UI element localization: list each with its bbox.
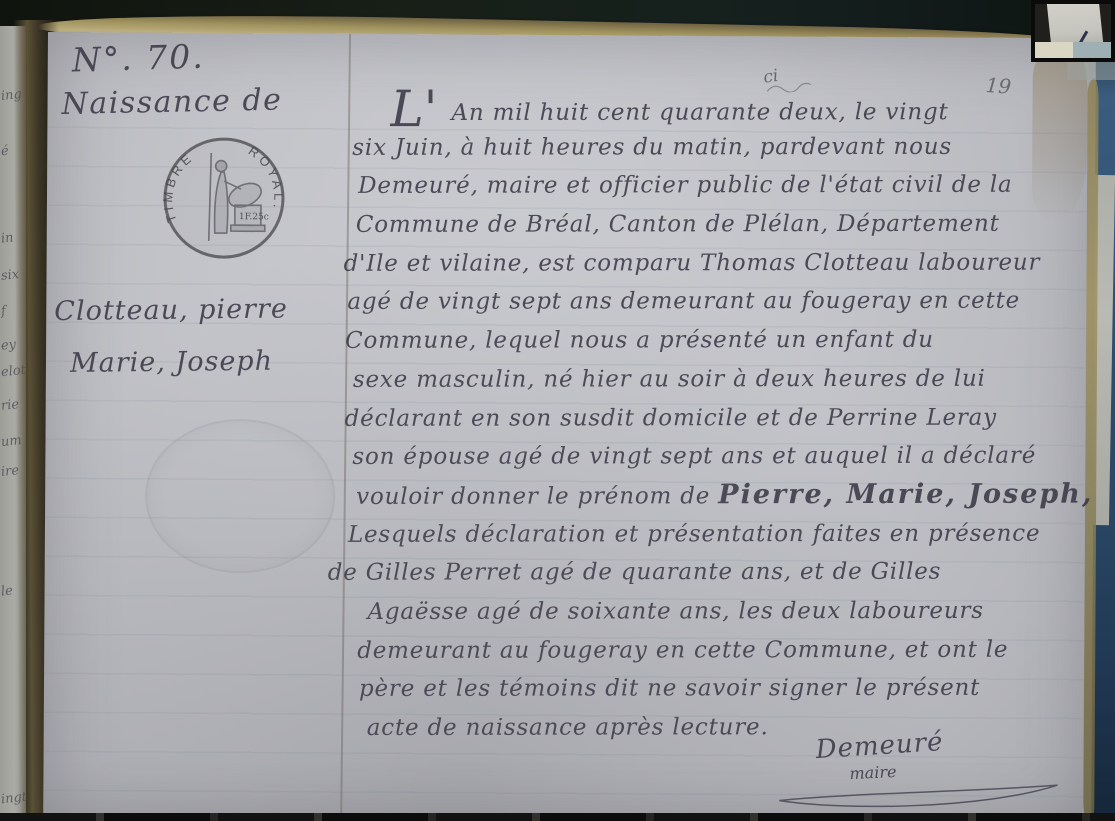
prev-page-fragment: é	[0, 144, 9, 160]
act-line: six Juin, à huit heures du matin, pardev…	[352, 127, 1094, 167]
act-body-text: L'An mil huit cent quarante deux, le vin…	[349, 90, 1095, 752]
thumbnail-image	[1035, 4, 1111, 58]
photo-inset-thumbnail	[1031, 0, 1115, 62]
act-line: Commune de Bréal, Canton de Plélan, Dépa…	[356, 205, 1094, 245]
child-forenames-text: Pierre, Marie, Joseph,	[718, 478, 1093, 510]
prev-page-fragment: f	[0, 304, 6, 319]
act-line: L'An mil huit cent quarante deux, le vin…	[390, 89, 1094, 129]
stamp-graphic: TIMBRE ROYAL. 1F.25c	[159, 133, 290, 264]
prev-page-fragment: ey	[0, 337, 17, 353]
collation-mark-text: ci	[762, 66, 779, 88]
signature-flourish-icon	[769, 774, 1069, 816]
act-line: Lesquels déclaration et présentation fai…	[348, 514, 1092, 554]
act-line-text: An mil huit cent quarante deux, le vingt	[451, 99, 948, 126]
forename-prefix-text: vouloir donner le prénom de	[356, 483, 718, 510]
act-line: sexe masculin, né hier au soir à deux he…	[353, 359, 1093, 399]
thumbnail-bottom-strip-left	[1035, 42, 1073, 58]
thumbnail-bottom-strip-right	[1073, 42, 1111, 58]
act-line: agé de vingt sept ans demeurant au fouge…	[347, 282, 1093, 322]
act-line: Agaësse agé de soixante ans, les deux la…	[367, 592, 1091, 632]
stamp-value-label: 1F.25c	[239, 212, 269, 222]
embossed-blind-stamp	[145, 419, 336, 574]
photo-bottom-edge	[0, 813, 1115, 821]
act-number: N°. 70.	[71, 37, 205, 80]
act-line: déclarant en son susdit domicile et de P…	[345, 398, 1093, 438]
registry-photo: { "header": { "page_number": "19", "coll…	[0, 0, 1115, 821]
act-type-heading: Naissance de	[61, 83, 282, 122]
act-line: Commune, lequel nous a présenté un enfan…	[345, 321, 1093, 361]
act-line: acte de naissance après lecture.	[367, 708, 1091, 748]
act-line: d'Ile et vilaine, est comparu Thomas Clo…	[344, 243, 1094, 283]
act-line: de Gilles Perret agé de quarante ans, et…	[328, 553, 1092, 593]
act-line: Demeuré, maire et officier public de l'é…	[358, 166, 1094, 206]
child-surname-margin: Clotteau, pierre	[54, 293, 288, 327]
prev-page-fragment: in	[0, 230, 14, 246]
act-line-forenames: vouloir donner le prénom de Pierre, Mari…	[356, 475, 1092, 515]
prev-page-fragment: le	[0, 583, 13, 599]
act-line: père et les témoins dit ne savoir signer…	[359, 669, 1091, 709]
act-line: demeurant au fougeray en cette Commune, …	[357, 630, 1091, 670]
child-forenames-margin: Marie, Joseph	[70, 346, 273, 379]
act-line: son épouse agé de vingt sept ans et auqu…	[352, 437, 1092, 477]
register-page: N°. 70. Naissance de TIMBRE	[43, 32, 1096, 821]
thumbnail-backdrop	[1067, 62, 1115, 80]
timbre-royal-stamp: TIMBRE ROYAL. 1F.25c	[159, 133, 290, 264]
